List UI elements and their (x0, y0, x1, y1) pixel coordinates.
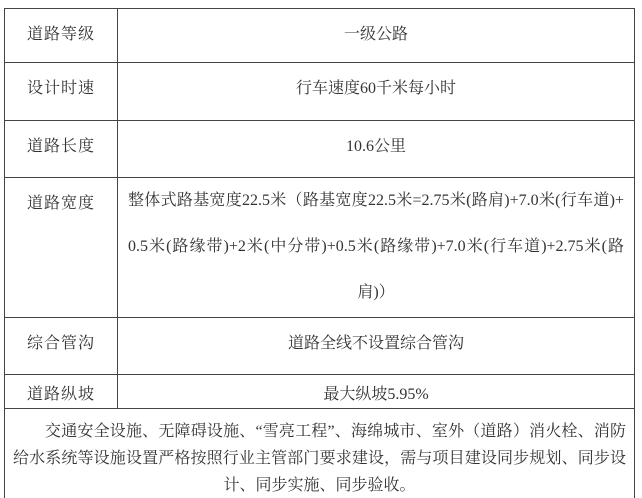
table-row-road-grade: 道路等级 一级公路 (5, 9, 635, 63)
row-value-design-speed: 行车速度60千米每小时 (118, 63, 635, 121)
table-row-utility-trench: 综合管沟 道路全线不设置综合管沟 (5, 318, 635, 375)
row-label-longitudinal-slope: 道路纵坡 (5, 375, 118, 409)
row-value-road-width: 整体式路基宽度22.5米（路基宽度22.5米=2.75米(路肩)+7.0米(行车… (118, 178, 635, 318)
row-label-road-grade: 道路等级 (5, 9, 118, 63)
row-label-road-length: 道路长度 (5, 121, 118, 178)
table-row-footer-note: 交通安全设施、无障碍设施、“雪亮工程”、海绵城市、室外（道路）消火栓、消防给水系… (5, 409, 635, 498)
row-label-design-speed: 设计时速 (5, 63, 118, 121)
row-label-road-width: 道路宽度 (5, 178, 118, 318)
road-spec-table: 道路等级 一级公路 设计时速 行车速度60千米每小时 道路长度 10.6公里 道… (4, 8, 635, 498)
row-value-longitudinal-slope: 最大纵坡5.95% (118, 375, 635, 409)
row-value-road-length: 10.6公里 (118, 121, 635, 178)
table-row-road-width: 道路宽度 整体式路基宽度22.5米（路基宽度22.5米=2.75米(路肩)+7.… (5, 178, 635, 318)
row-value-utility-trench: 道路全线不设置综合管沟 (118, 318, 635, 375)
table-footer-note: 交通安全设施、无障碍设施、“雪亮工程”、海绵城市、室外（道路）消火栓、消防给水系… (5, 409, 635, 498)
table-row-design-speed: 设计时速 行车速度60千米每小时 (5, 63, 635, 121)
table-row-longitudinal-slope: 道路纵坡 最大纵坡5.95% (5, 375, 635, 409)
row-label-utility-trench: 综合管沟 (5, 318, 118, 375)
table-row-road-length: 道路长度 10.6公里 (5, 121, 635, 178)
row-value-road-grade: 一级公路 (118, 9, 635, 63)
